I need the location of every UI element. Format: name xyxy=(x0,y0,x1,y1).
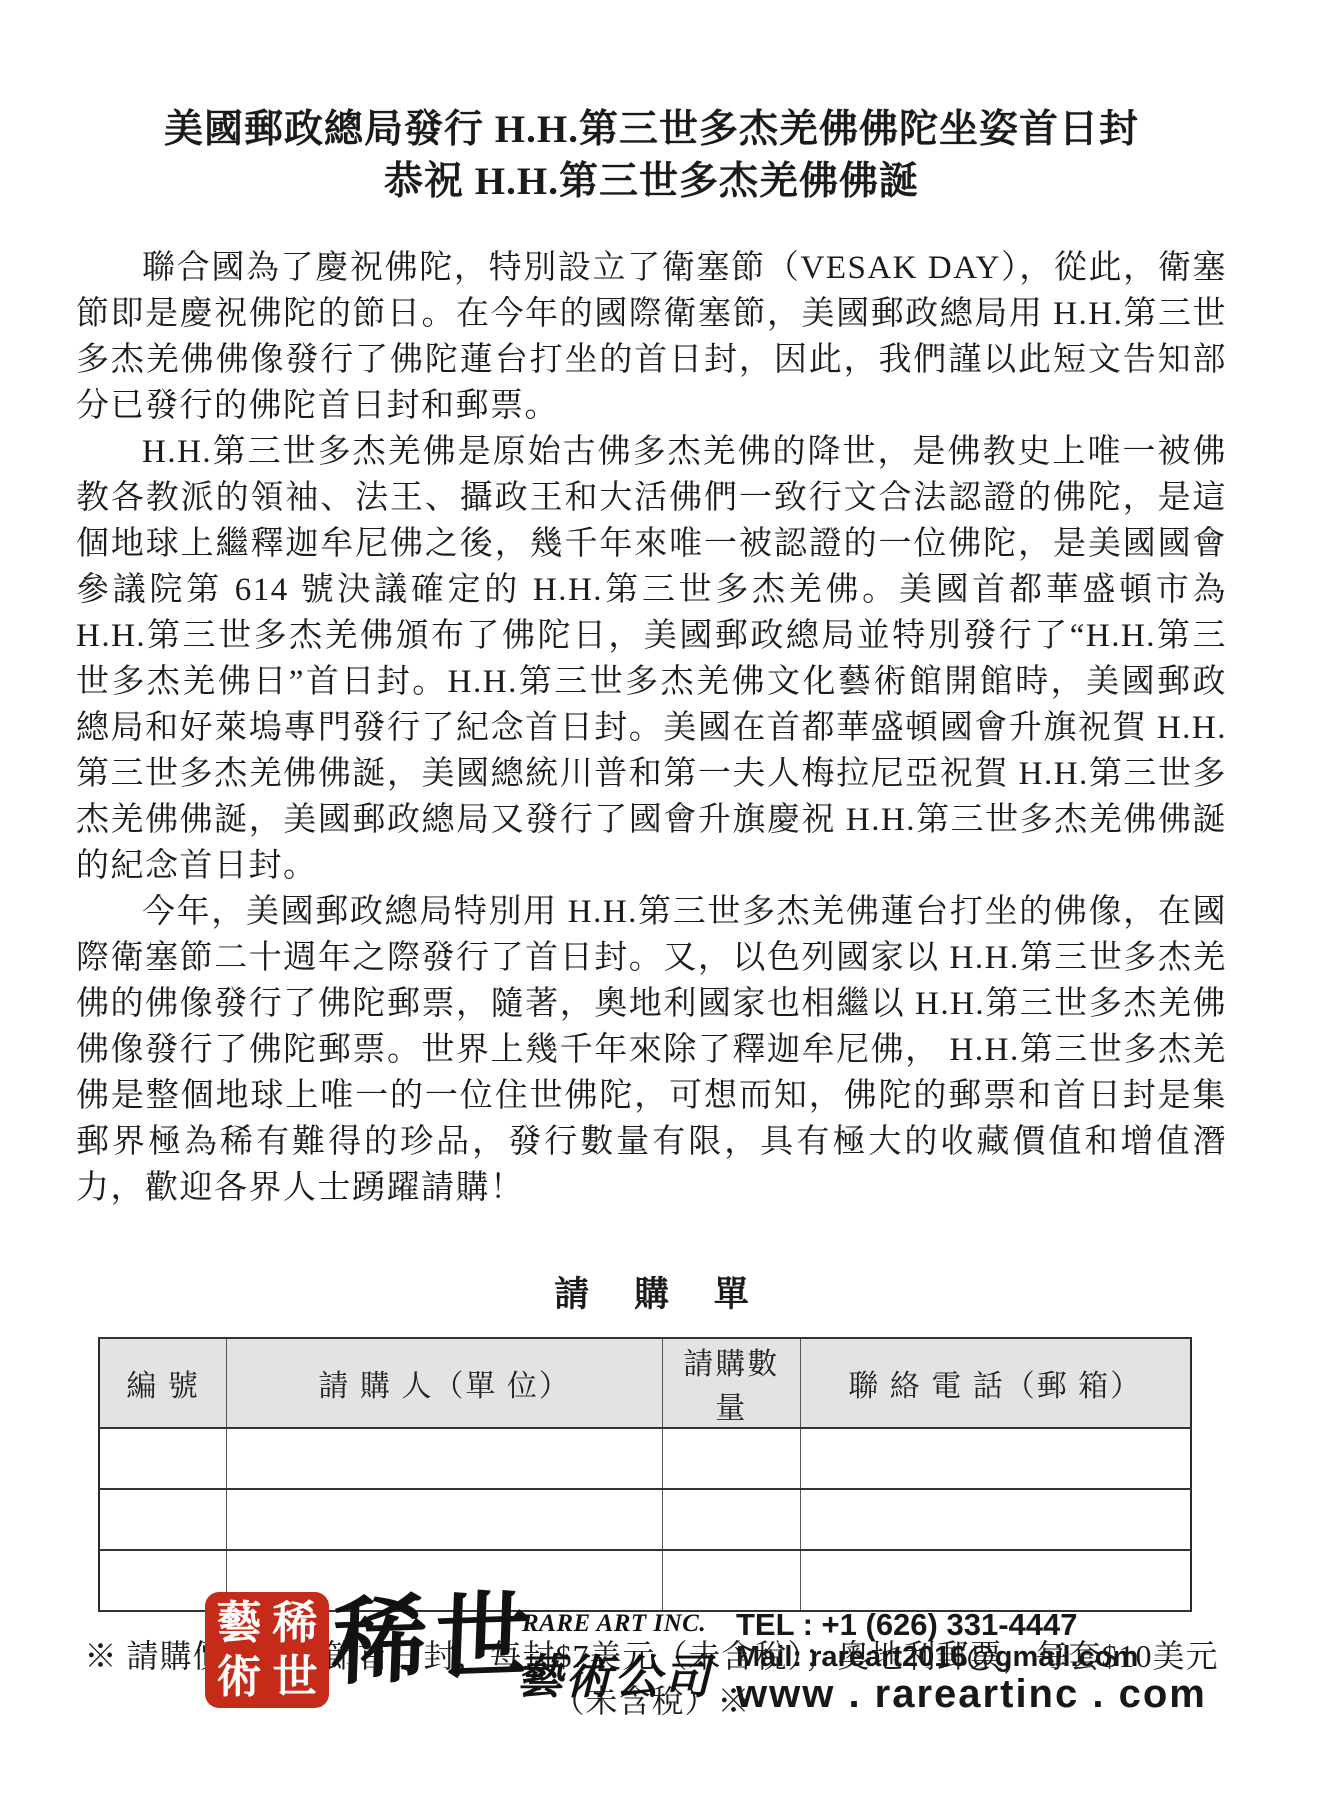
document-page: 美國郵政總局發行 H.H.第三世多杰羌佛佛陀坐姿首日封 恭祝 H.H.第三世多杰… xyxy=(0,0,1335,1795)
order-cell-quantity xyxy=(662,1489,800,1550)
order-cell-quantity xyxy=(662,1428,800,1489)
order-form-table: 編 號 請 購 人（單 位） 請購數量 聯 絡 電 話（郵 箱） xyxy=(98,1337,1192,1612)
order-table-row xyxy=(99,1489,1191,1550)
order-table-row xyxy=(99,1428,1191,1489)
phone-number: TEL : +1 (626) 331-4447 xyxy=(736,1608,1207,1641)
document-title-line1: 美國郵政總局發行 H.H.第三世多杰羌佛佛陀坐姿首日封 xyxy=(76,104,1227,156)
company-name-english: RARE ART INC. xyxy=(522,1610,706,1638)
column-header-quantity: 請購數量 xyxy=(662,1338,800,1428)
seal-char: 世 xyxy=(272,1655,317,1700)
seal-char: 稀 xyxy=(272,1601,317,1646)
order-cell-contact xyxy=(800,1489,1191,1550)
contact-info: TEL : +1 (626) 331-4447 Mail: rareart201… xyxy=(736,1608,1207,1716)
column-header-buyer: 請 購 人（單 位） xyxy=(227,1338,663,1428)
column-header-id: 編 號 xyxy=(99,1338,227,1428)
order-form-heading: 請 購 單 xyxy=(76,1277,1227,1313)
paragraph-2: H.H.第三世多杰羌佛是原始古佛多杰羌佛的降世，是佛教史上唯一被佛教各教派的領袖… xyxy=(76,429,1227,889)
order-cell-buyer xyxy=(227,1489,663,1550)
website-url: www . rareartinc . com xyxy=(736,1673,1207,1716)
email-address: Mail: rareart2016@gmail.com xyxy=(736,1641,1207,1673)
paragraph-3: 今年，美國郵政總局特別用 H.H.第三世多杰羌佛蓮台打坐的佛像，在國際衛塞節二十… xyxy=(76,889,1227,1211)
document-content: 美國郵政總局發行 H.H.第三世多杰羌佛佛陀坐姿首日封 恭祝 H.H.第三世多杰… xyxy=(0,104,1335,1724)
seal-char: 術 xyxy=(216,1655,261,1700)
company-seal-stamp: 藝 稀 術 世 xyxy=(205,1592,329,1708)
order-cell-contact xyxy=(800,1428,1191,1489)
footer: 藝 稀 術 世 稀世 RARE ART INC. 藝術公司 TEL : +1 (… xyxy=(0,1588,1335,1738)
seal-char: 藝 xyxy=(216,1601,261,1646)
order-cell-buyer xyxy=(227,1428,663,1489)
order-cell-id xyxy=(99,1428,227,1489)
brand-calligraphy: 稀世 xyxy=(330,1584,540,1695)
order-table-header-row: 編 號 請 購 人（單 位） 請購數量 聯 絡 電 話（郵 箱） xyxy=(99,1338,1191,1428)
column-header-contact: 聯 絡 電 話（郵 箱） xyxy=(800,1338,1191,1428)
document-title: 美國郵政總局發行 H.H.第三世多杰羌佛佛陀坐姿首日封 恭祝 H.H.第三世多杰… xyxy=(76,104,1227,208)
paragraph-1: 聯合國為了慶祝佛陀，特別設立了衛塞節（VESAK DAY），從此，衛塞節即是慶祝… xyxy=(76,245,1227,429)
company-name-chinese: 藝術公司 xyxy=(516,1640,712,1707)
document-title-line2: 恭祝 H.H.第三世多杰羌佛佛誕 xyxy=(76,156,1227,208)
order-cell-id xyxy=(99,1489,227,1550)
body-text: 聯合國為了慶祝佛陀，特別設立了衛塞節（VESAK DAY），從此，衛塞節即是慶祝… xyxy=(76,245,1227,1211)
